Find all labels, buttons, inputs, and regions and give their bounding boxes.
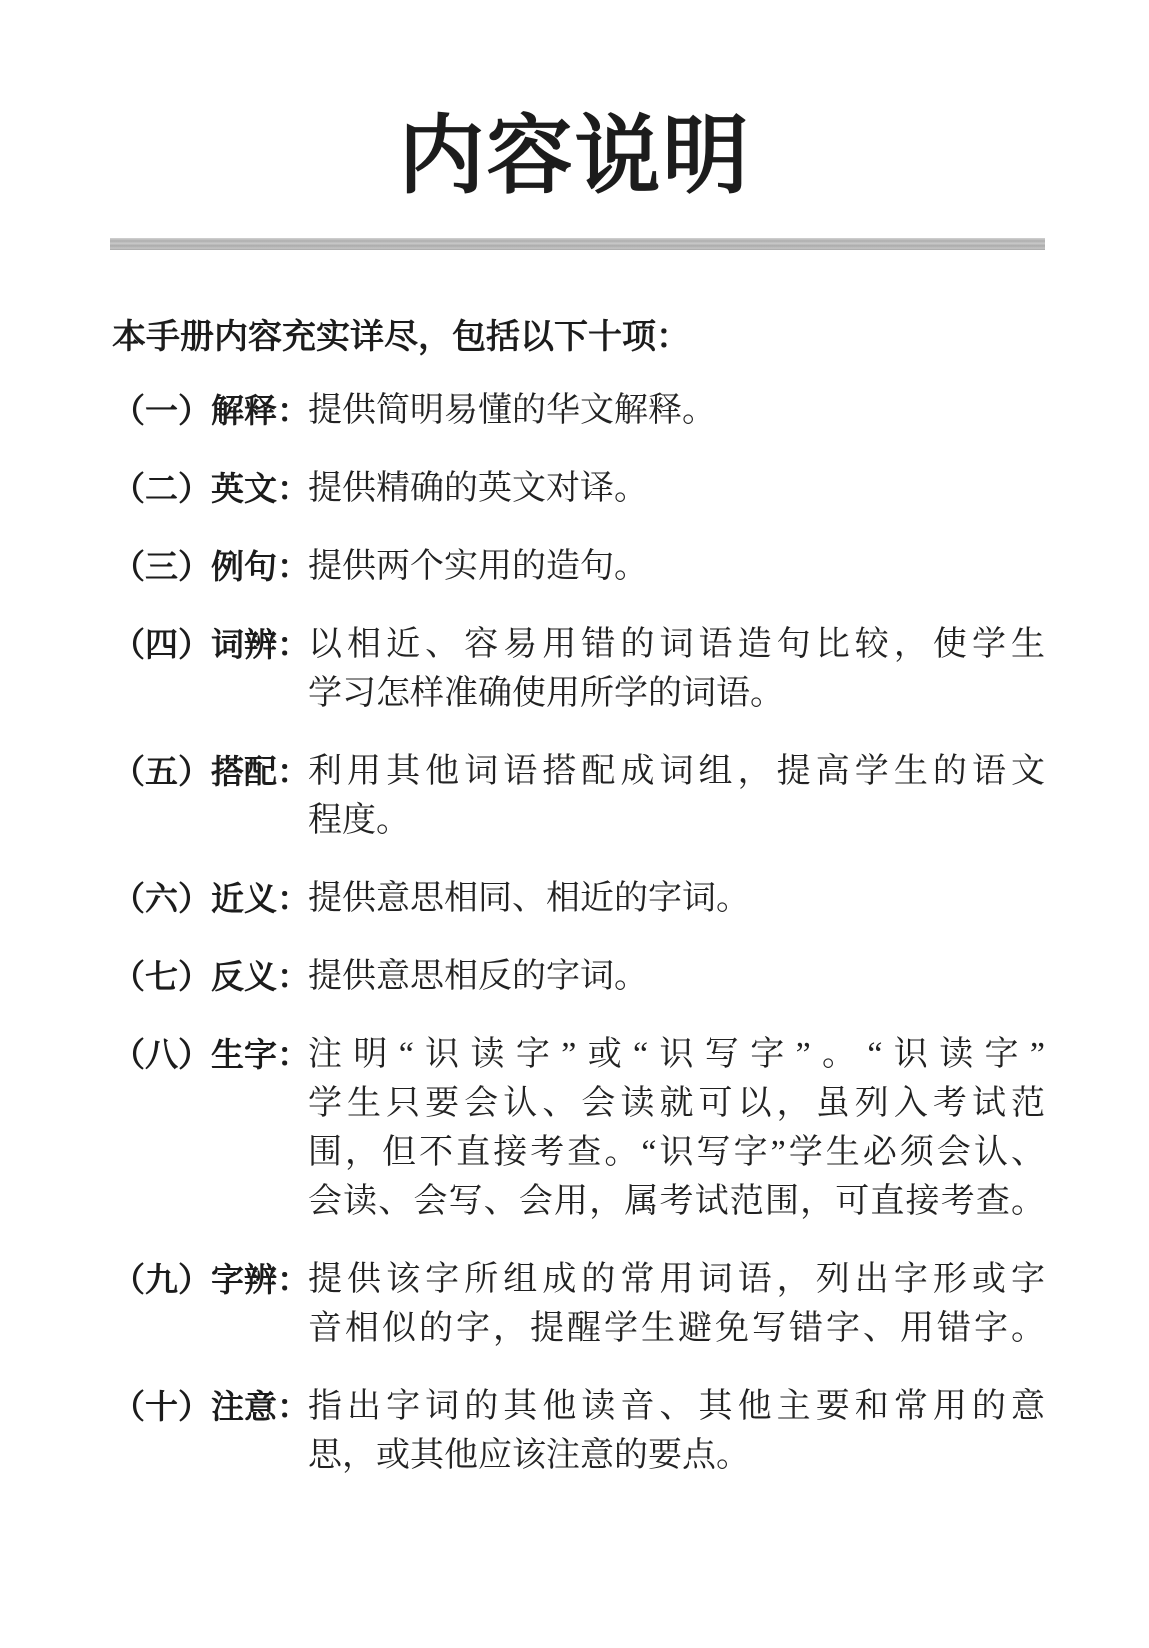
item-5-description: 利用其他词语搭配成词组，提高学生的语文 程度。 (308, 747, 1045, 845)
item-3-description: 提供两个实用的造句。 (308, 542, 1045, 591)
description-line: 提供两个实用的造句。 (308, 542, 1045, 591)
item-list: （一）解释： 提供简明易懂的华文解释。 （二）英文： 提供精确的英文对译。 （三… (112, 386, 1045, 1480)
list-item-2: （二）英文： 提供精确的英文对译。 (112, 464, 1045, 513)
description-line: 程度。 (308, 796, 1045, 845)
item-9-description: 提供该字所组成的常用词语，列出字形或字 音相似的字，提醒学生避免写错字、用错字。 (308, 1255, 1045, 1353)
description-line: 以相近、容易用错的词语造句比较，使学生 (308, 620, 1045, 669)
intro-text: 本手册内容充实详尽，包括以下十项： (112, 312, 1045, 362)
item-2-label: （二）英文： (112, 464, 308, 513)
description-line: 音相似的字，提醒学生避免写错字、用错字。 (308, 1304, 1045, 1353)
item-1-label: （一）解释： (112, 386, 308, 435)
list-item-1: （一）解释： 提供简明易懂的华文解释。 (112, 386, 1045, 435)
page-title: 内容说明 (0, 0, 1149, 204)
list-item-6: （六）近义： 提供意思相同、相近的字词。 (112, 874, 1045, 923)
title-divider (110, 238, 1045, 250)
page-content: 本手册内容充实详尽，包括以下十项： （一）解释： 提供简明易懂的华文解释。 （二… (0, 312, 1149, 1480)
description-line: 注明“识读字”或“识写字”。“识读字” (308, 1030, 1045, 1079)
list-item-4: （四）词辨： 以相近、容易用错的词语造句比较，使学生 学习怎样准确使用所学的词语… (112, 620, 1045, 718)
description-line: 提供精确的英文对译。 (308, 464, 1045, 513)
list-item-5: （五）搭配： 利用其他词语搭配成词组，提高学生的语文 程度。 (112, 747, 1045, 845)
item-9-label: （九）字辨： (112, 1255, 308, 1304)
item-2-description: 提供精确的英文对译。 (308, 464, 1045, 513)
list-item-9: （九）字辨： 提供该字所组成的常用词语，列出字形或字 音相似的字，提醒学生避免写… (112, 1255, 1045, 1353)
item-4-label: （四）词辨： (112, 620, 308, 669)
item-10-label: （十）注意： (112, 1382, 308, 1431)
description-line: 提供简明易懂的华文解释。 (308, 386, 1045, 435)
item-5-label: （五）搭配： (112, 747, 308, 796)
list-item-7: （七）反义： 提供意思相反的字词。 (112, 952, 1045, 1001)
description-line: 利用其他词语搭配成词组，提高学生的语文 (308, 747, 1045, 796)
document-page: 内容说明 本手册内容充实详尽，包括以下十项： （一）解释： 提供简明易懂的华文解… (0, 0, 1149, 1648)
description-line: 思，或其他应该注意的要点。 (308, 1431, 1045, 1480)
item-10-description: 指出字词的其他读音、其他主要和常用的意 思，或其他应该注意的要点。 (308, 1382, 1045, 1480)
item-4-description: 以相近、容易用错的词语造句比较，使学生 学习怎样准确使用所学的词语。 (308, 620, 1045, 718)
item-8-description: 注明“识读字”或“识写字”。“识读字” 学生只要会认、会读就可以，虽列入考试范 … (308, 1030, 1045, 1226)
item-1-description: 提供简明易懂的华文解释。 (308, 386, 1045, 435)
list-item-8: （八）生字： 注明“识读字”或“识写字”。“识读字” 学生只要会认、会读就可以，… (112, 1030, 1045, 1226)
item-3-label: （三）例句： (112, 542, 308, 591)
item-7-description: 提供意思相反的字词。 (308, 952, 1045, 1001)
description-line: 学生只要会认、会读就可以，虽列入考试范 (308, 1079, 1045, 1128)
item-8-label: （八）生字： (112, 1030, 308, 1079)
description-line: 指出字词的其他读音、其他主要和常用的意 (308, 1382, 1045, 1431)
description-line: 提供意思相反的字词。 (308, 952, 1045, 1001)
description-line: 提供该字所组成的常用词语，列出字形或字 (308, 1255, 1045, 1304)
list-item-10: （十）注意： 指出字词的其他读音、其他主要和常用的意 思，或其他应该注意的要点。 (112, 1382, 1045, 1480)
description-line: 学习怎样准确使用所学的词语。 (308, 669, 1045, 718)
item-6-label: （六）近义： (112, 874, 308, 923)
item-6-description: 提供意思相同、相近的字词。 (308, 874, 1045, 923)
list-item-3: （三）例句： 提供两个实用的造句。 (112, 542, 1045, 591)
description-line: 提供意思相同、相近的字词。 (308, 874, 1045, 923)
item-7-label: （七）反义： (112, 952, 308, 1001)
description-line: 会读、会写、会用，属考试范围，可直接考查。 (308, 1177, 1045, 1226)
description-line: 围，但不直接考查。“识写字”学生必须会认、 (308, 1128, 1045, 1177)
